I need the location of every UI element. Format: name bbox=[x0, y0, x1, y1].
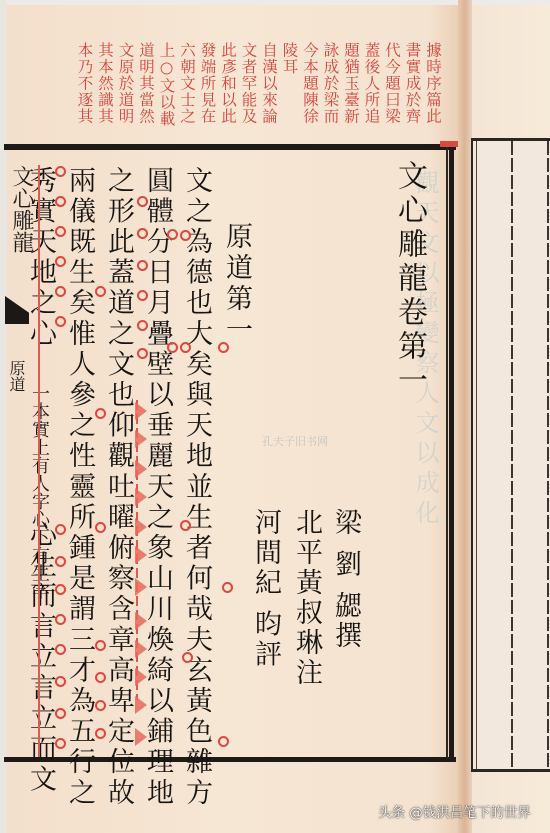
column-rule bbox=[547, 141, 549, 769]
emphasis-marker bbox=[135, 640, 147, 658]
punctuation-circle bbox=[55, 256, 66, 267]
punctuation-circle bbox=[180, 230, 191, 241]
red-guide-rule bbox=[38, 165, 40, 757]
book-page: 據時序篇此 書實成於齊 代今題曰梁 蓋後人所追 題猶玉臺新 詠成於梁而 今本題陳… bbox=[0, 0, 550, 833]
punctuation-circle bbox=[95, 728, 106, 739]
punctuation-circle bbox=[55, 584, 66, 595]
frame-right-border bbox=[446, 146, 454, 758]
emphasis-marker bbox=[135, 546, 147, 564]
edge-chapter-label: 原道 bbox=[5, 360, 28, 392]
body-column-4: 兩儀既生矣惟人參之性靈所鍾是謂三才為五行之 bbox=[61, 166, 97, 809]
binding-gutter bbox=[458, 0, 472, 833]
red-mark bbox=[440, 141, 458, 147]
punctuation-circle bbox=[55, 614, 66, 625]
body-column-3: 之形此蓋道之文也仰觀吐曜俯察含章高卑定位故 bbox=[100, 166, 136, 809]
punctuation-circle bbox=[55, 738, 66, 749]
punctuation-circle bbox=[137, 260, 148, 271]
emphasis-marker bbox=[135, 612, 147, 630]
punctuation-circle bbox=[55, 524, 66, 535]
center-watermark: 孔夫子旧书网 bbox=[262, 433, 328, 449]
punctuation-circle bbox=[180, 342, 191, 353]
commentary-col: 書實成於齊 bbox=[402, 42, 423, 142]
emphasis-marker bbox=[135, 518, 147, 536]
punctuation-circle bbox=[95, 672, 106, 683]
emphasis-marker bbox=[135, 728, 147, 746]
emphasis-marker bbox=[135, 402, 147, 420]
punctuation-circle bbox=[95, 700, 106, 711]
punctuation-circle bbox=[180, 520, 191, 531]
commentary-col: 發端所見在 bbox=[197, 42, 218, 142]
commentary-col: 蓋後人所追 bbox=[361, 42, 382, 142]
punctuation-circle bbox=[95, 640, 106, 651]
frame-line bbox=[476, 141, 477, 769]
commentary-col: 自漢以來論 bbox=[259, 42, 280, 142]
commentary-col: 上○文以載 bbox=[156, 42, 177, 142]
commentary-col: 本乃不逐其 bbox=[74, 42, 95, 142]
punctuation-circle bbox=[95, 522, 106, 533]
adjacent-page bbox=[471, 138, 550, 772]
red-commentary: 據時序篇此 書實成於齊 代今題曰梁 蓋後人所追 題猶玉臺新 詠成於梁而 今本題陳… bbox=[74, 42, 443, 142]
commentary-col: 文者罕能及 bbox=[238, 42, 259, 142]
commentary-col: 題猶玉臺新 bbox=[341, 42, 362, 142]
punctuation-circle bbox=[55, 196, 66, 207]
punctuation-circle bbox=[55, 676, 66, 687]
emphasis-marker bbox=[135, 696, 147, 714]
commentary-col: 其本然識其 bbox=[95, 42, 116, 142]
book-title: 文心雕龍卷第一 bbox=[391, 160, 427, 398]
punctuation-circle bbox=[167, 229, 178, 240]
commentary-col: 道明其當然 bbox=[136, 42, 157, 142]
punctuation-circle bbox=[55, 644, 66, 655]
column-rule bbox=[511, 141, 513, 769]
commentary-col: 文原於道明 bbox=[115, 42, 136, 142]
punctuation-circle bbox=[137, 228, 148, 239]
emphasis-marker bbox=[135, 488, 147, 506]
body-column-1: 文之為德也大矣與天地並生者何哉夫玄黃色雜方 bbox=[178, 166, 214, 809]
punctuation-circle bbox=[222, 582, 233, 593]
punctuation-circle bbox=[95, 408, 106, 419]
punctuation-circle bbox=[55, 166, 66, 177]
commentary-col: 六朝文士之 bbox=[177, 42, 198, 142]
frame-line bbox=[471, 141, 473, 769]
credit-annotator: 北平黃叔琳注 bbox=[288, 508, 324, 688]
punctuation-circle bbox=[137, 196, 148, 207]
punctuation-circle bbox=[55, 556, 66, 567]
emphasis-marker bbox=[135, 668, 147, 686]
commentary-col: 詠成於梁而 bbox=[320, 42, 341, 142]
emphasis-marker bbox=[135, 578, 147, 596]
commentary-col: 今本題陳徐 bbox=[300, 42, 321, 142]
chapter-title: 原道第一 bbox=[218, 222, 254, 346]
punctuation-circle bbox=[218, 342, 229, 353]
punctuation-circle bbox=[95, 286, 106, 297]
punctuation-circle bbox=[137, 320, 148, 331]
commentary-col: 陵耳 bbox=[279, 42, 300, 142]
emphasis-marker bbox=[135, 460, 147, 478]
punctuation-circle bbox=[55, 226, 66, 237]
emphasis-marker bbox=[135, 430, 147, 448]
punctuation-circle bbox=[182, 652, 193, 663]
punctuation-circle bbox=[167, 342, 178, 353]
commentary-col: 代今題曰梁 bbox=[382, 42, 403, 142]
punctuation-circle bbox=[137, 290, 148, 301]
commentary-col: 據時序篇此 bbox=[423, 42, 444, 142]
punctuation-circle bbox=[55, 286, 66, 297]
punctuation-circle bbox=[55, 708, 66, 719]
source-watermark: 头条 @钱洪昌笔下的世界 bbox=[378, 801, 531, 821]
credit-commentator: 河間紀 昀評 bbox=[247, 508, 283, 670]
body-column-5-tail: 心生而言立言立而文 bbox=[22, 520, 58, 795]
punctuation-circle bbox=[218, 736, 229, 747]
commentary-col: 此彥和以此 bbox=[218, 42, 239, 142]
punctuation-circle bbox=[137, 348, 148, 359]
punctuation-circle bbox=[55, 316, 66, 327]
credit-author: 梁 劉 勰撰 bbox=[327, 508, 363, 651]
